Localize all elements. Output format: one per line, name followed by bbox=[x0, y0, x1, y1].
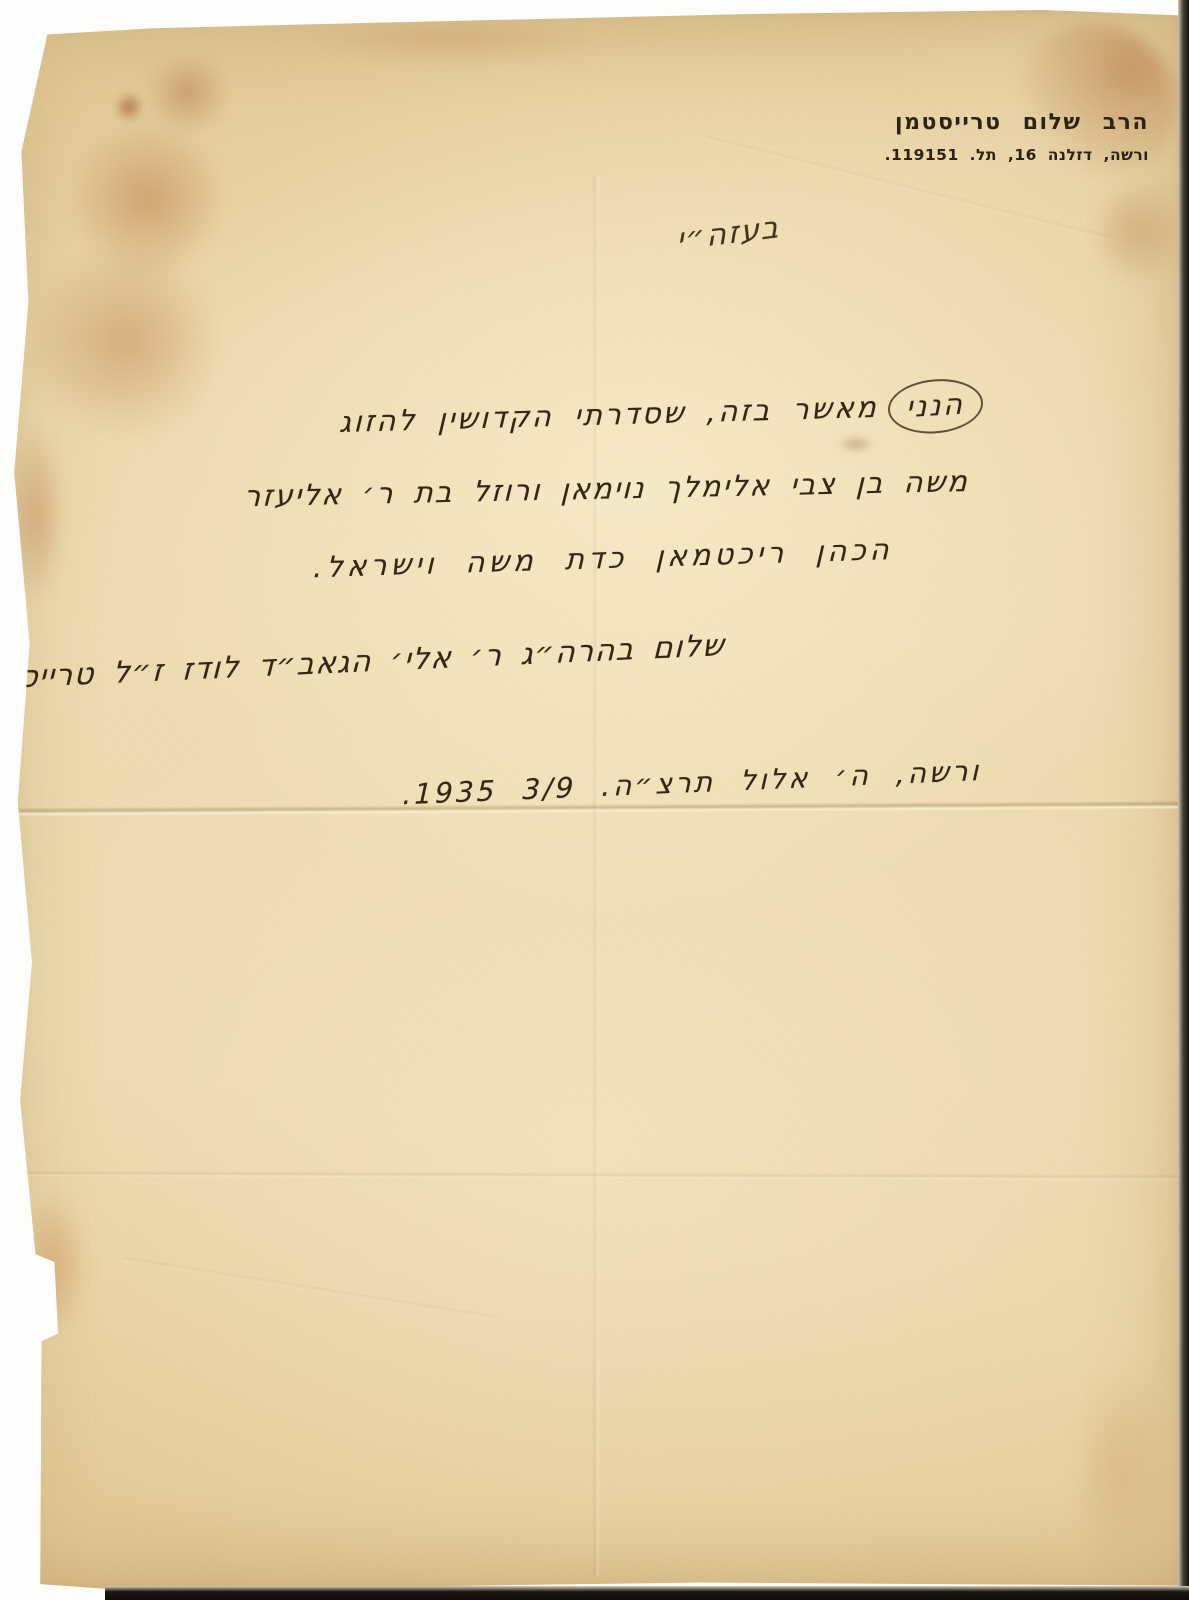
handwritten-date-line: ורשה, ה׳ אלול תרצ״ה. 3/9 1935. bbox=[402, 754, 982, 811]
stain-right-upper bbox=[1098, 166, 1178, 296]
crease-vertical-center bbox=[592, 176, 600, 1576]
stain-top-left-dot bbox=[112, 92, 146, 122]
stain-ink-smudge bbox=[836, 434, 876, 454]
handwritten-signature: שלום בהרה״ג ר׳ אלי׳ הגאב״ד לודז ז״ל טריי… bbox=[0, 628, 726, 698]
handwritten-header-bsd: בעזה״י bbox=[676, 210, 780, 258]
letterhead-address-phone: ורשה, דזלנה 16, תל. 119151. bbox=[885, 146, 1149, 164]
crease-diagonal-mid bbox=[122, 1256, 498, 1320]
letterhead-rabbi-name: הרב שלום טרייסטמן bbox=[885, 110, 1149, 135]
scanned-letter-page: { "document": { "letterhead": { "name": … bbox=[0, 0, 1189, 1600]
stain-left-tear bbox=[18, 1191, 88, 1341]
document-paper: הרב שלום טרייסטמן ורשה, דזלנה 16, תל. 11… bbox=[0, 6, 1185, 1592]
stain-top-left-2 bbox=[30, 238, 220, 448]
scanner-shadow-right bbox=[1178, 0, 1189, 1600]
stain-top-edge bbox=[300, 20, 600, 60]
circled-first-word: הנני bbox=[888, 376, 983, 436]
stain-left-mid bbox=[6, 426, 66, 606]
scanner-shadow-bottom bbox=[105, 1586, 1189, 1600]
stain-right-lower bbox=[1070, 1366, 1170, 1586]
body-line-1-text: מאשר בזה, שסדרתי הקדושין להזוג bbox=[338, 390, 879, 439]
letterhead: הרב שלום טרייסטמן ורשה, דזלנה 16, תל. 11… bbox=[885, 110, 1149, 164]
handwritten-body-line-1: הננימאשר בזה, שסדרתי הקדושין להזוג bbox=[338, 378, 984, 450]
crease-horizontal-lower bbox=[20, 1170, 1180, 1181]
handwritten-body-line-3: הכהן ריכטמאן כדת משה וישראל. bbox=[313, 532, 894, 584]
stain-top-left-3 bbox=[140, 58, 235, 128]
handwritten-body-line-2: משה בן צבי אלימלך נוימאן ורוזל בת ר׳ אלי… bbox=[243, 464, 970, 513]
